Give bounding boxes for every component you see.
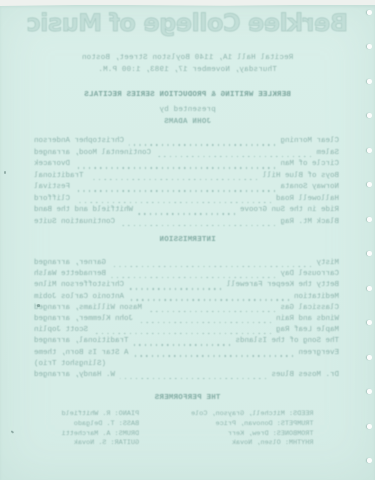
roster-line: GUITAR: S. Novak (62, 439, 140, 449)
roster-column-right: PIANO: R. Whitfield BASS: T. Delgado DRU… (62, 410, 140, 449)
dotted-leader (75, 167, 275, 168)
binding-hole (367, 286, 372, 291)
binding-hole (367, 389, 372, 394)
binding-hole (367, 355, 372, 360)
program-row: Hallowell RoadClifford (34, 194, 339, 206)
composer-name: Festival (34, 182, 70, 194)
composer-name: Christofferson Milne (34, 280, 124, 291)
program-list-part1: Clear MorningChristopher Anderson SalemC… (34, 136, 339, 228)
composer-name: Bernadette Walsh (34, 269, 106, 280)
work-title: Evergreen (298, 348, 339, 359)
dotted-leader (93, 333, 271, 334)
program-row: Winds and RainJohn Klemmer, arranged (34, 314, 339, 325)
roster-line: PIANO: R. Whitfield (62, 410, 140, 420)
composer-name: A Star Is Born, theme (34, 348, 129, 359)
work-title: Black Mt. Rag (280, 217, 339, 229)
work-title: Betty the Keeper Farewell (226, 280, 339, 291)
program-row: Clear MorningChristopher Anderson (34, 136, 339, 148)
binding-hole (367, 113, 372, 118)
work-title: Clear Morning (280, 136, 339, 148)
program-row: MistyGarner, arranged (34, 258, 339, 269)
venue-line: Recital Hall 1A, 1140 Boylston Street, B… (0, 54, 375, 62)
berklee-logo: Berklee College of Music (0, 9, 375, 37)
binding-hole (367, 251, 372, 256)
composer-name: Christopher Anderson (34, 136, 124, 148)
dotted-leader (75, 190, 275, 191)
composer-name: Mason Williams, arranged (34, 303, 142, 314)
work-title: Circle of Man (280, 159, 339, 171)
composer-name: Garner, arranged (34, 258, 106, 269)
composer-name: Continuation Suite (34, 217, 115, 229)
work-title: Boys of Blue Hill (262, 171, 339, 183)
binding-hole (367, 320, 372, 325)
work-title: Maple Leaf Rag (276, 325, 339, 336)
work-title: The Song of the Islands (235, 336, 339, 347)
roster-line: TROMBONES: Drew, Kerr (191, 430, 313, 440)
dotted-leader (147, 311, 275, 312)
presenter-name: JOHN ADAMS (0, 118, 375, 126)
program-list-part2: MistyGarner, arranged Carrousel DayBerna… (34, 258, 339, 381)
scanned-document: Berklee College of Music Recital Hall 1A… (0, 0, 375, 480)
roster-line: RHYTHM: Olsen, Novak (191, 439, 313, 449)
composer-name: John Klemmer, arranged (34, 314, 133, 325)
dotted-leader (111, 277, 275, 278)
dotted-leader (129, 299, 289, 300)
datetime-line: Thursday, November 17, 1983, 1:00 P.M. (0, 66, 375, 74)
binding-hole (367, 10, 372, 15)
program-row: SalemContinental Mood, arranged (34, 148, 339, 160)
program-row: The Song of the IslandsTraditional, arra… (34, 336, 339, 347)
dotted-leader (111, 367, 334, 368)
composer-name: Antonio Carlos Jobim (34, 292, 124, 303)
work-title: Carrousel Day (280, 269, 339, 280)
dotted-leader (138, 213, 235, 214)
binding-hole (367, 148, 372, 153)
program-row: Carrousel DayBernadette Walsh (34, 269, 339, 280)
dust-speck (4, 171, 6, 174)
composer-name: Traditional, arranged (34, 336, 129, 347)
composer-name: Traditional (34, 171, 84, 183)
dotted-leader (120, 378, 266, 379)
composer-name: Clifford (34, 194, 70, 206)
dotted-leader (134, 355, 294, 356)
mirrored-bleedthrough-content: Berklee College of Music Recital Hall 1A… (0, 5, 375, 480)
roster-line: TRUMPETS: Donovan, Price (191, 420, 313, 430)
composer-name: Whitfield and the Band (34, 205, 133, 217)
binding-hole (367, 44, 372, 49)
program-row: Black Mt. RagContinuation Suite (34, 217, 339, 229)
dotted-leader (129, 288, 221, 289)
dotted-leader (111, 266, 311, 267)
dotted-leader (129, 144, 275, 145)
work-title: Classical Gas (280, 303, 339, 314)
dust-speck (37, 304, 40, 307)
roster-line: REEDS: Mitchell, Grayson, Cole (191, 410, 313, 420)
dotted-leader (156, 156, 311, 157)
binding-hole (367, 217, 372, 222)
roster-line: DRUMS: A. Marchetti (62, 430, 140, 440)
work-title: Winds and Rain (276, 314, 339, 325)
work-title: Meditation (294, 292, 339, 303)
program-row: Circle of ManDvoracek (34, 159, 339, 171)
roster-line: BASS: T. Delgado (62, 420, 140, 430)
presented-by-label: presented by (0, 106, 375, 114)
intermission-heading: INTERMISSION (0, 236, 375, 244)
composer-name: Scott Joplin (34, 325, 88, 336)
program-row: Classical GasMason Williams, arranged (34, 303, 339, 314)
work-title: Ride in the Sun Groove (240, 205, 339, 217)
program-row: Betty the Keeper FarewellChristofferson … (34, 280, 339, 291)
dotted-leader (120, 225, 275, 226)
work-title: Misty (316, 258, 339, 269)
dotted-leader (75, 202, 271, 203)
dotted-leader (134, 344, 231, 345)
program-row: Maple Leaf RagScott Joplin (34, 325, 339, 336)
performer-roster: REEDS: Mitchell, Grayson, Cole TRUMPETS:… (0, 410, 375, 449)
work-title: Hallowell Road (276, 194, 339, 206)
recital-title: BERKLEE WRITING & PRODUCTION SERIES RECI… (0, 91, 375, 99)
performers-heading: THE PERFORMERS (0, 394, 375, 402)
composer-name: (Slingshot Trio) (34, 359, 106, 370)
program-row: Boys of Blue HillTraditional (34, 171, 339, 183)
roster-column-left: REEDS: Mitchell, Grayson, Cole TRUMPETS:… (191, 410, 313, 449)
work-title: Norway Sonata (280, 182, 339, 194)
binding-hole (367, 458, 372, 463)
composer-name: W. Handy, arranged (34, 370, 115, 381)
program-row: Dr. Moses BluesW. Handy, arranged (34, 370, 339, 381)
composer-name: Dvoracek (34, 159, 70, 171)
dotted-leader (89, 179, 258, 180)
program-page-back: Berklee College of Music Recital Hall 1A… (0, 5, 375, 480)
program-row: EvergreenA Star Is Born, theme (34, 348, 339, 359)
program-row: Norway SonataFestival (34, 182, 339, 194)
binding-hole (367, 182, 372, 187)
binding-hole (367, 424, 372, 429)
program-row: (Slingshot Trio) (34, 359, 339, 370)
work-title: Salem (316, 148, 339, 160)
dotted-leader (138, 322, 271, 323)
program-row: MeditationAntonio Carlos Jobim (34, 292, 339, 303)
composer-name: Continental Mood, arranged (34, 148, 151, 160)
program-row: Ride in the Sun GrooveWhitfield and the … (34, 205, 339, 217)
work-title: Dr. Moses Blues (271, 370, 339, 381)
binding-hole (367, 79, 372, 84)
